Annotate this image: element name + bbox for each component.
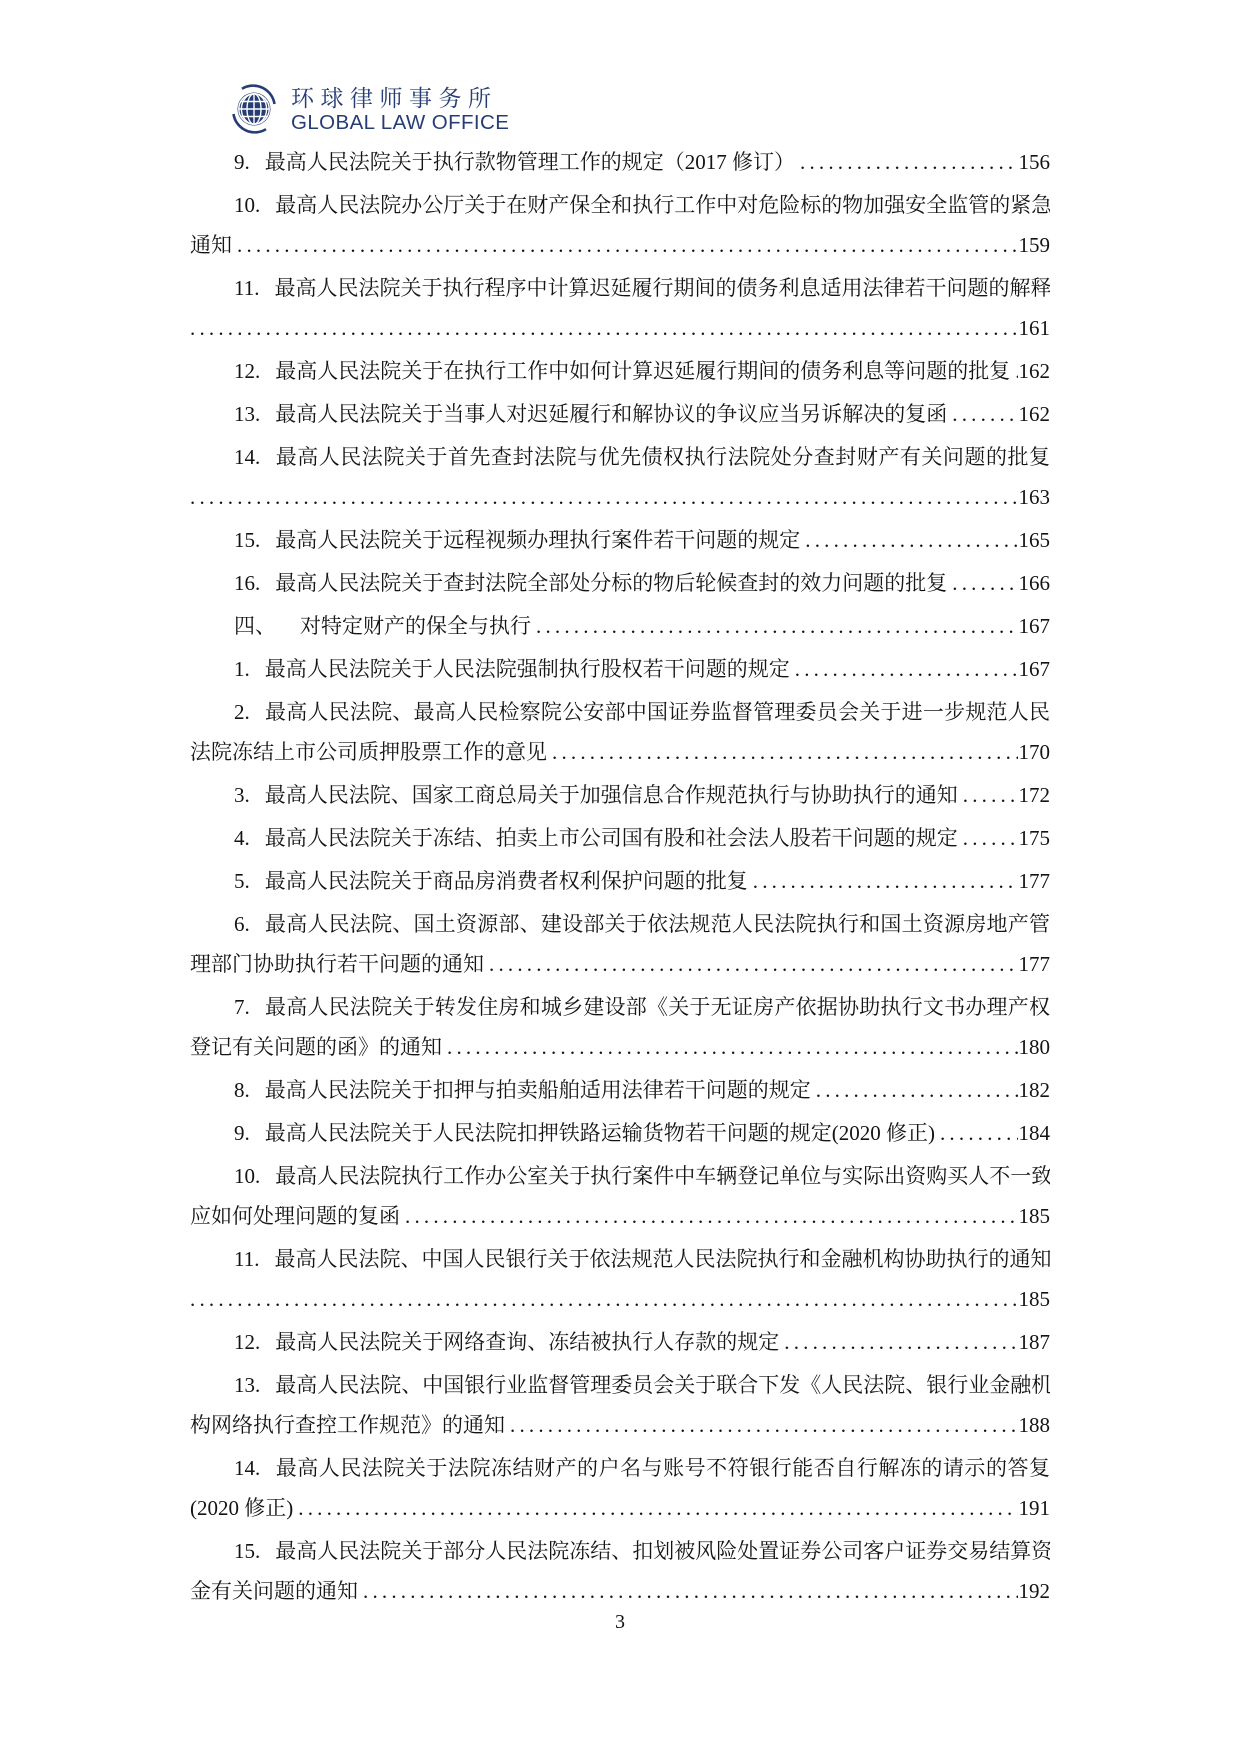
toc-entry-line: 1.最高人民法院关于人民法院强制执行股权若干问题的规定167 bbox=[190, 649, 1050, 689]
toc-entry-text: 最高人民法院关于部分人民法院冻结、扣划被风险处置证券公司客户证券交易结算资 bbox=[275, 1539, 1050, 1563]
toc-entry-line1: 15.最高人民法院关于部分人民法院冻结、扣划被风险处置证券公司客户证券交易结算资 bbox=[190, 1531, 1050, 1571]
toc-page-number: 167 bbox=[1019, 649, 1051, 689]
toc-entry[interactable]: 1.最高人民法院关于人民法院强制执行股权若干问题的规定167 bbox=[190, 649, 1050, 689]
dot-leader bbox=[190, 1279, 1018, 1319]
toc-entry-text: 理部门协助执行若干问题的通知 bbox=[190, 944, 484, 984]
toc-entry-line1: 11.最高人民法院、中国人民银行关于依法规范人民法院执行和金融机构协助执行的通知 bbox=[190, 1239, 1050, 1279]
toc-entry-line: 9.最高人民法院关于执行款物管理工作的规定（2017 修订）156 bbox=[190, 142, 1050, 182]
toc-entry-line: 4.最高人民法院关于冻结、拍卖上市公司国有股和社会法人股若干问题的规定175 bbox=[190, 818, 1050, 858]
toc-page-number: 166 bbox=[1019, 563, 1051, 603]
toc-entry-text: 最高人民法院、中国银行业监督管理委员会关于联合下发《人民法院、银行业金融机 bbox=[275, 1373, 1050, 1397]
toc-entry[interactable]: 13.最高人民法院关于当事人对迟延履行和解协议的争议应当另诉解决的复函162 bbox=[190, 394, 1050, 434]
toc-entry-text: 构网络执行查控工作规范》的通知 bbox=[190, 1405, 505, 1445]
global-law-office-logo: 环球律师事务所 GLOBAL LAW OFFICE bbox=[230, 84, 509, 134]
toc-entry-number: 10. bbox=[234, 1164, 275, 1188]
toc-entry[interactable]: 4.最高人民法院关于冻结、拍卖上市公司国有股和社会法人股若干问题的规定175 bbox=[190, 818, 1050, 858]
toc-entry-number: 11. bbox=[234, 276, 274, 300]
toc-entry-number: 13. bbox=[234, 1373, 275, 1397]
toc-entry[interactable]: 10.最高人民法院办公厅关于在财产保全和执行工作中对危险标的物加强安全监管的紧急… bbox=[190, 185, 1050, 265]
toc-entry-text: 法院冻结上市公司质押股票工作的意见 bbox=[190, 732, 547, 772]
toc-entry-number: 10. bbox=[234, 193, 275, 217]
toc-entry-number: 1. bbox=[234, 649, 265, 689]
toc-entry-line1: 11.最高人民法院关于执行程序中计算迟延履行期间的债务利息适用法律若干问题的解释 bbox=[190, 268, 1050, 308]
toc-page-number: 161 bbox=[1019, 308, 1051, 348]
toc-entry-number: 5. bbox=[234, 861, 265, 901]
toc-page-number: 184 bbox=[1019, 1113, 1051, 1153]
page-number-footer: 3 bbox=[190, 1610, 1050, 1634]
dot-leader bbox=[816, 1070, 1018, 1110]
toc-page-number: 188 bbox=[1019, 1405, 1051, 1445]
toc-entry-text: 最高人民法院关于冻结、拍卖上市公司国有股和社会法人股若干问题的规定 bbox=[265, 818, 958, 858]
toc-entry-line: 16.最高人民法院关于查封法院全部处分标的物后轮候查封的效力问题的批复166 bbox=[190, 563, 1050, 603]
toc-entry-continuation-line: 金有关问题的通知192 bbox=[190, 1571, 1050, 1611]
toc-page-number: 177 bbox=[1019, 944, 1051, 984]
toc-page-number: 167 bbox=[1019, 606, 1051, 646]
toc-page-number: 170 bbox=[1019, 732, 1051, 772]
dot-leader bbox=[363, 1571, 1018, 1611]
toc-entry-text: 最高人民法院关于商品房消费者权利保护问题的批复 bbox=[265, 861, 748, 901]
toc-entry[interactable]: 7.最高人民法院关于转发住房和城乡建设部《关于无证房产依据协助执行文书办理产权登… bbox=[190, 987, 1050, 1067]
toc-page-number: 159 bbox=[1019, 225, 1051, 265]
toc-entry-number: 2. bbox=[234, 700, 265, 724]
dot-leader bbox=[552, 732, 1018, 772]
dot-leader bbox=[447, 1027, 1018, 1067]
toc-entry-line1: 6.最高人民法院、国土资源部、建设部关于依法规范人民法院执行和国土资源房地产管 bbox=[190, 904, 1050, 944]
globe-icon bbox=[230, 84, 278, 134]
logo-chinese-name: 环球律师事务所 bbox=[291, 85, 509, 112]
dot-leader bbox=[298, 1488, 1017, 1528]
dot-leader bbox=[190, 477, 1018, 517]
toc-entry-text: 最高人民法院关于在执行工作中如何计算迟延履行期间的债务利息等问题的批复 bbox=[275, 351, 1010, 391]
toc-entry-number: 6. bbox=[234, 912, 265, 936]
toc-entry-text: 最高人民法院关于扣押与拍卖船舶适用法律若干问题的规定 bbox=[265, 1070, 811, 1110]
toc-entry-line1: 14.最高人民法院关于首先查封法院与优先债权执行法院处分查封财产有关问题的批复 bbox=[190, 437, 1050, 477]
toc-entry-text: 最高人民法院关于查封法院全部处分标的物后轮候查封的效力问题的批复 bbox=[275, 563, 947, 603]
toc-entry-line1: 10.最高人民法院执行工作办公室关于执行案件中车辆登记单位与实际出资购买人不一致 bbox=[190, 1156, 1050, 1196]
toc-entry-line: 3.最高人民法院、国家工商总局关于加强信息合作规范执行与协助执行的通知172 bbox=[190, 775, 1050, 815]
dot-leader bbox=[190, 308, 1018, 348]
toc-page-number: 185 bbox=[1019, 1196, 1051, 1236]
toc-entry-text: 金有关问题的通知 bbox=[190, 1571, 358, 1611]
toc-entry-line1: 7.最高人民法院关于转发住房和城乡建设部《关于无证房产依据协助执行文书办理产权 bbox=[190, 987, 1050, 1027]
dot-leader bbox=[489, 944, 1018, 984]
toc-entry[interactable]: 12.最高人民法院关于网络查询、冻结被执行人存款的规定187 bbox=[190, 1322, 1050, 1362]
toc-entry-text: 应如何处理问题的复函 bbox=[190, 1196, 400, 1236]
dot-leader bbox=[952, 394, 1017, 434]
toc-entry[interactable]: 9.最高人民法院关于执行款物管理工作的规定（2017 修订）156 bbox=[190, 142, 1050, 182]
toc-page-number: 165 bbox=[1019, 520, 1051, 560]
toc-entry-line: 13.最高人民法院关于当事人对迟延履行和解协议的争议应当另诉解决的复函162 bbox=[190, 394, 1050, 434]
toc-page-number: 175 bbox=[1019, 818, 1051, 858]
toc-entry-line1: 10.最高人民法院办公厅关于在财产保全和执行工作中对危险标的物加强安全监管的紧急 bbox=[190, 185, 1050, 225]
toc-entry-continuation-line: 登记有关问题的函》的通知180 bbox=[190, 1027, 1050, 1067]
toc-entry-continuation-line: (2020 修正)191 bbox=[190, 1488, 1050, 1528]
toc-entry-line: 9.最高人民法院关于人民法院扣押铁路运输货物若干问题的规定(2020 修正)18… bbox=[190, 1113, 1050, 1153]
toc-entry-number: 3. bbox=[234, 775, 265, 815]
toc-entry-text: 最高人民法院办公厅关于在财产保全和执行工作中对危险标的物加强安全监管的紧急 bbox=[275, 193, 1050, 217]
toc-entry[interactable]: 2.最高人民法院、最高人民检察院公安部中国证券监督管理委员会关于进一步规范人民法… bbox=[190, 692, 1050, 772]
toc-entry[interactable]: 14.最高人民法院关于首先查封法院与优先债权执行法院处分查封财产有关问题的批复1… bbox=[190, 437, 1050, 517]
toc-entry[interactable]: 15.最高人民法院关于部分人民法院冻结、扣划被风险处置证券公司客户证券交易结算资… bbox=[190, 1531, 1050, 1611]
toc-entry-line1: 13.最高人民法院、中国银行业监督管理委员会关于联合下发《人民法院、银行业金融机 bbox=[190, 1365, 1050, 1405]
dot-leader bbox=[940, 1113, 1018, 1153]
toc-page-number: 185 bbox=[1019, 1279, 1051, 1319]
toc-entry-text: (2020 修正) bbox=[190, 1488, 293, 1528]
toc-entry-line: 5.最高人民法院关于商品房消费者权利保护问题的批复177 bbox=[190, 861, 1050, 901]
toc-entry-text: 最高人民法院、最高人民检察院公安部中国证券监督管理委员会关于进一步规范人民 bbox=[265, 700, 1050, 724]
toc-entry-text: 最高人民法院关于首先查封法院与优先债权执行法院处分查封财产有关问题的批复 bbox=[275, 445, 1050, 469]
dot-leader bbox=[753, 861, 1018, 901]
dot-leader bbox=[1015, 351, 1017, 391]
toc-entry-continuation-line: 应如何处理问题的复函185 bbox=[190, 1196, 1050, 1236]
toc-entry-text: 最高人民法院、国家工商总局关于加强信息合作规范执行与协助执行的通知 bbox=[265, 775, 958, 815]
toc-entry-text: 最高人民法院关于转发住房和城乡建设部《关于无证房产依据协助执行文书办理产权 bbox=[265, 995, 1050, 1019]
dot-leader bbox=[536, 606, 1018, 646]
toc-entry-continuation-line: 161 bbox=[190, 308, 1050, 348]
toc-entry-continuation-line: 法院冻结上市公司质押股票工作的意见170 bbox=[190, 732, 1050, 772]
dot-leader bbox=[237, 225, 1018, 265]
toc-entry-text: 最高人民法院、中国人民银行关于依法规范人民法院执行和金融机构协助执行的通知 bbox=[274, 1247, 1050, 1271]
toc-entry[interactable]: 8.最高人民法院关于扣押与拍卖船舶适用法律若干问题的规定182 bbox=[190, 1070, 1050, 1110]
toc-entry[interactable]: 12.最高人民法院关于在执行工作中如何计算迟延履行期间的债务利息等问题的批复16… bbox=[190, 351, 1050, 391]
toc-entry[interactable]: 11.最高人民法院关于执行程序中计算迟延履行期间的债务利息适用法律若干问题的解释… bbox=[190, 268, 1050, 348]
toc-entry-number: 14. bbox=[234, 1456, 275, 1480]
toc-page-number: 162 bbox=[1019, 394, 1051, 434]
toc-page-number: 177 bbox=[1019, 861, 1051, 901]
toc-page-number: 180 bbox=[1019, 1027, 1051, 1067]
dot-leader bbox=[784, 1322, 1017, 1362]
toc-entry[interactable]: 15.最高人民法院关于远程视频办理执行案件若干问题的规定165 bbox=[190, 520, 1050, 560]
toc-page-number: 187 bbox=[1019, 1322, 1051, 1362]
toc-entry-text: 最高人民法院关于当事人对迟延履行和解协议的争议应当另诉解决的复函 bbox=[275, 394, 947, 434]
toc-entry-text: 最高人民法院关于法院冻结财产的户名与账号不符银行能否自行解冻的请示的答复 bbox=[275, 1456, 1050, 1480]
toc-entry-number: 7. bbox=[234, 995, 265, 1019]
toc-entry[interactable]: 13.最高人民法院、中国银行业监督管理委员会关于联合下发《人民法院、银行业金融机… bbox=[190, 1365, 1050, 1445]
toc-page-number: 182 bbox=[1019, 1070, 1051, 1110]
toc-entry-text: 登记有关问题的函》的通知 bbox=[190, 1027, 442, 1067]
toc-entry[interactable]: 6.最高人民法院、国土资源部、建设部关于依法规范人民法院执行和国土资源房地产管理… bbox=[190, 904, 1050, 984]
toc-entry-number: 13. bbox=[234, 394, 275, 434]
toc-entry-number: 16. bbox=[234, 563, 275, 603]
toc-entry-line: 8.最高人民法院关于扣押与拍卖船舶适用法律若干问题的规定182 bbox=[190, 1070, 1050, 1110]
toc-page-number: 192 bbox=[1019, 1571, 1051, 1611]
toc-entry-line: 12.最高人民法院关于在执行工作中如何计算迟延履行期间的债务利息等问题的批复16… bbox=[190, 351, 1050, 391]
dot-leader bbox=[405, 1196, 1018, 1236]
toc-entry-text: 最高人民法院、国土资源部、建设部关于依法规范人民法院执行和国土资源房地产管 bbox=[265, 912, 1050, 936]
toc-entry-text: 最高人民法院执行工作办公室关于执行案件中车辆登记单位与实际出资购买人不一致 bbox=[275, 1164, 1050, 1188]
toc-entry-number: 15. bbox=[234, 520, 275, 560]
toc-entry-number: 4. bbox=[234, 818, 265, 858]
toc-entry-number: 9. bbox=[234, 142, 265, 182]
toc-entry-number: 11. bbox=[234, 1247, 274, 1271]
document-page: 环球律师事务所 GLOBAL LAW OFFICE 9.最高人民法院关于执行款物… bbox=[0, 0, 1240, 1754]
toc-entry[interactable]: 14.最高人民法院关于法院冻结财产的户名与账号不符银行能否自行解冻的请示的答复(… bbox=[190, 1448, 1050, 1528]
toc-entry-continuation-line: 理部门协助执行若干问题的通知177 bbox=[190, 944, 1050, 984]
toc-entry-text: 对特定财产的保全与执行 bbox=[300, 606, 531, 646]
dot-leader bbox=[963, 818, 1018, 858]
toc-entry-continuation-line: 185 bbox=[190, 1279, 1050, 1319]
toc-entry[interactable]: 9.最高人民法院关于人民法院扣押铁路运输货物若干问题的规定(2020 修正)18… bbox=[190, 1113, 1050, 1153]
toc-entry[interactable]: 16.最高人民法院关于查封法院全部处分标的物后轮候查封的效力问题的批复166 bbox=[190, 563, 1050, 603]
toc-entry-text: 最高人民法院关于人民法院强制执行股权若干问题的规定 bbox=[265, 649, 790, 689]
toc-entry-number: 15. bbox=[234, 1539, 275, 1563]
toc-entry-number: 8. bbox=[234, 1070, 265, 1110]
toc-entry-number: 12. bbox=[234, 351, 275, 391]
toc-page-number: 172 bbox=[1019, 775, 1051, 815]
dot-leader bbox=[952, 563, 1017, 603]
toc-page-number: 156 bbox=[1019, 142, 1051, 182]
toc-entry-text: 通知 bbox=[190, 225, 232, 265]
dot-leader bbox=[800, 142, 1018, 182]
toc-entry-line: 15.最高人民法院关于远程视频办理执行案件若干问题的规定165 bbox=[190, 520, 1050, 560]
dot-leader bbox=[963, 775, 1018, 815]
table-of-contents: 9.最高人民法院关于执行款物管理工作的规定（2017 修订）15610.最高人民… bbox=[190, 142, 1050, 1614]
toc-entry[interactable]: 11.最高人民法院、中国人民银行关于依法规范人民法院执行和金融机构协助执行的通知… bbox=[190, 1239, 1050, 1319]
toc-entry-text: 最高人民法院关于人民法院扣押铁路运输货物若干问题的规定(2020 修正) bbox=[265, 1113, 935, 1153]
toc-page-number: 191 bbox=[1019, 1488, 1051, 1528]
toc-entry[interactable]: 10.最高人民法院执行工作办公室关于执行案件中车辆登记单位与实际出资购买人不一致… bbox=[190, 1156, 1050, 1236]
toc-entry-number: 12. bbox=[234, 1322, 275, 1362]
toc-entry-line: 12.最高人民法院关于网络查询、冻结被执行人存款的规定187 bbox=[190, 1322, 1050, 1362]
toc-entry-continuation-line: 构网络执行查控工作规范》的通知188 bbox=[190, 1405, 1050, 1445]
toc-page-number: 162 bbox=[1019, 351, 1051, 391]
toc-entry-continuation-line: 163 bbox=[190, 477, 1050, 517]
toc-entry-number: 四、 bbox=[234, 606, 300, 646]
toc-entry-text: 最高人民法院关于网络查询、冻结被执行人存款的规定 bbox=[275, 1322, 779, 1362]
toc-entry-line1: 2.最高人民法院、最高人民检察院公安部中国证券监督管理委员会关于进一步规范人民 bbox=[190, 692, 1050, 732]
logo-english-name: GLOBAL LAW OFFICE bbox=[291, 112, 509, 133]
toc-entry[interactable]: 5.最高人民法院关于商品房消费者权利保护问题的批复177 bbox=[190, 861, 1050, 901]
toc-entry-text: 最高人民法院关于执行程序中计算迟延履行期间的债务利息适用法律若干问题的解释 bbox=[274, 276, 1050, 300]
toc-entry-line: 四、对特定财产的保全与执行167 bbox=[190, 606, 1050, 646]
toc-entry-text: 最高人民法院关于远程视频办理执行案件若干问题的规定 bbox=[275, 520, 800, 560]
toc-entry[interactable]: 3.最高人民法院、国家工商总局关于加强信息合作规范执行与协助执行的通知172 bbox=[190, 775, 1050, 815]
toc-entry-text: 最高人民法院关于执行款物管理工作的规定（2017 修订） bbox=[265, 142, 795, 182]
dot-leader bbox=[805, 520, 1017, 560]
toc-page-number: 163 bbox=[1019, 477, 1051, 517]
toc-entry[interactable]: 四、对特定财产的保全与执行167 bbox=[190, 606, 1050, 646]
toc-entry-line1: 14.最高人民法院关于法院冻结财产的户名与账号不符银行能否自行解冻的请示的答复 bbox=[190, 1448, 1050, 1488]
toc-entry-continuation-line: 通知159 bbox=[190, 225, 1050, 265]
dot-leader bbox=[510, 1405, 1018, 1445]
toc-entry-number: 14. bbox=[234, 445, 275, 469]
toc-entry-number: 9. bbox=[234, 1113, 265, 1153]
dot-leader bbox=[795, 649, 1018, 689]
